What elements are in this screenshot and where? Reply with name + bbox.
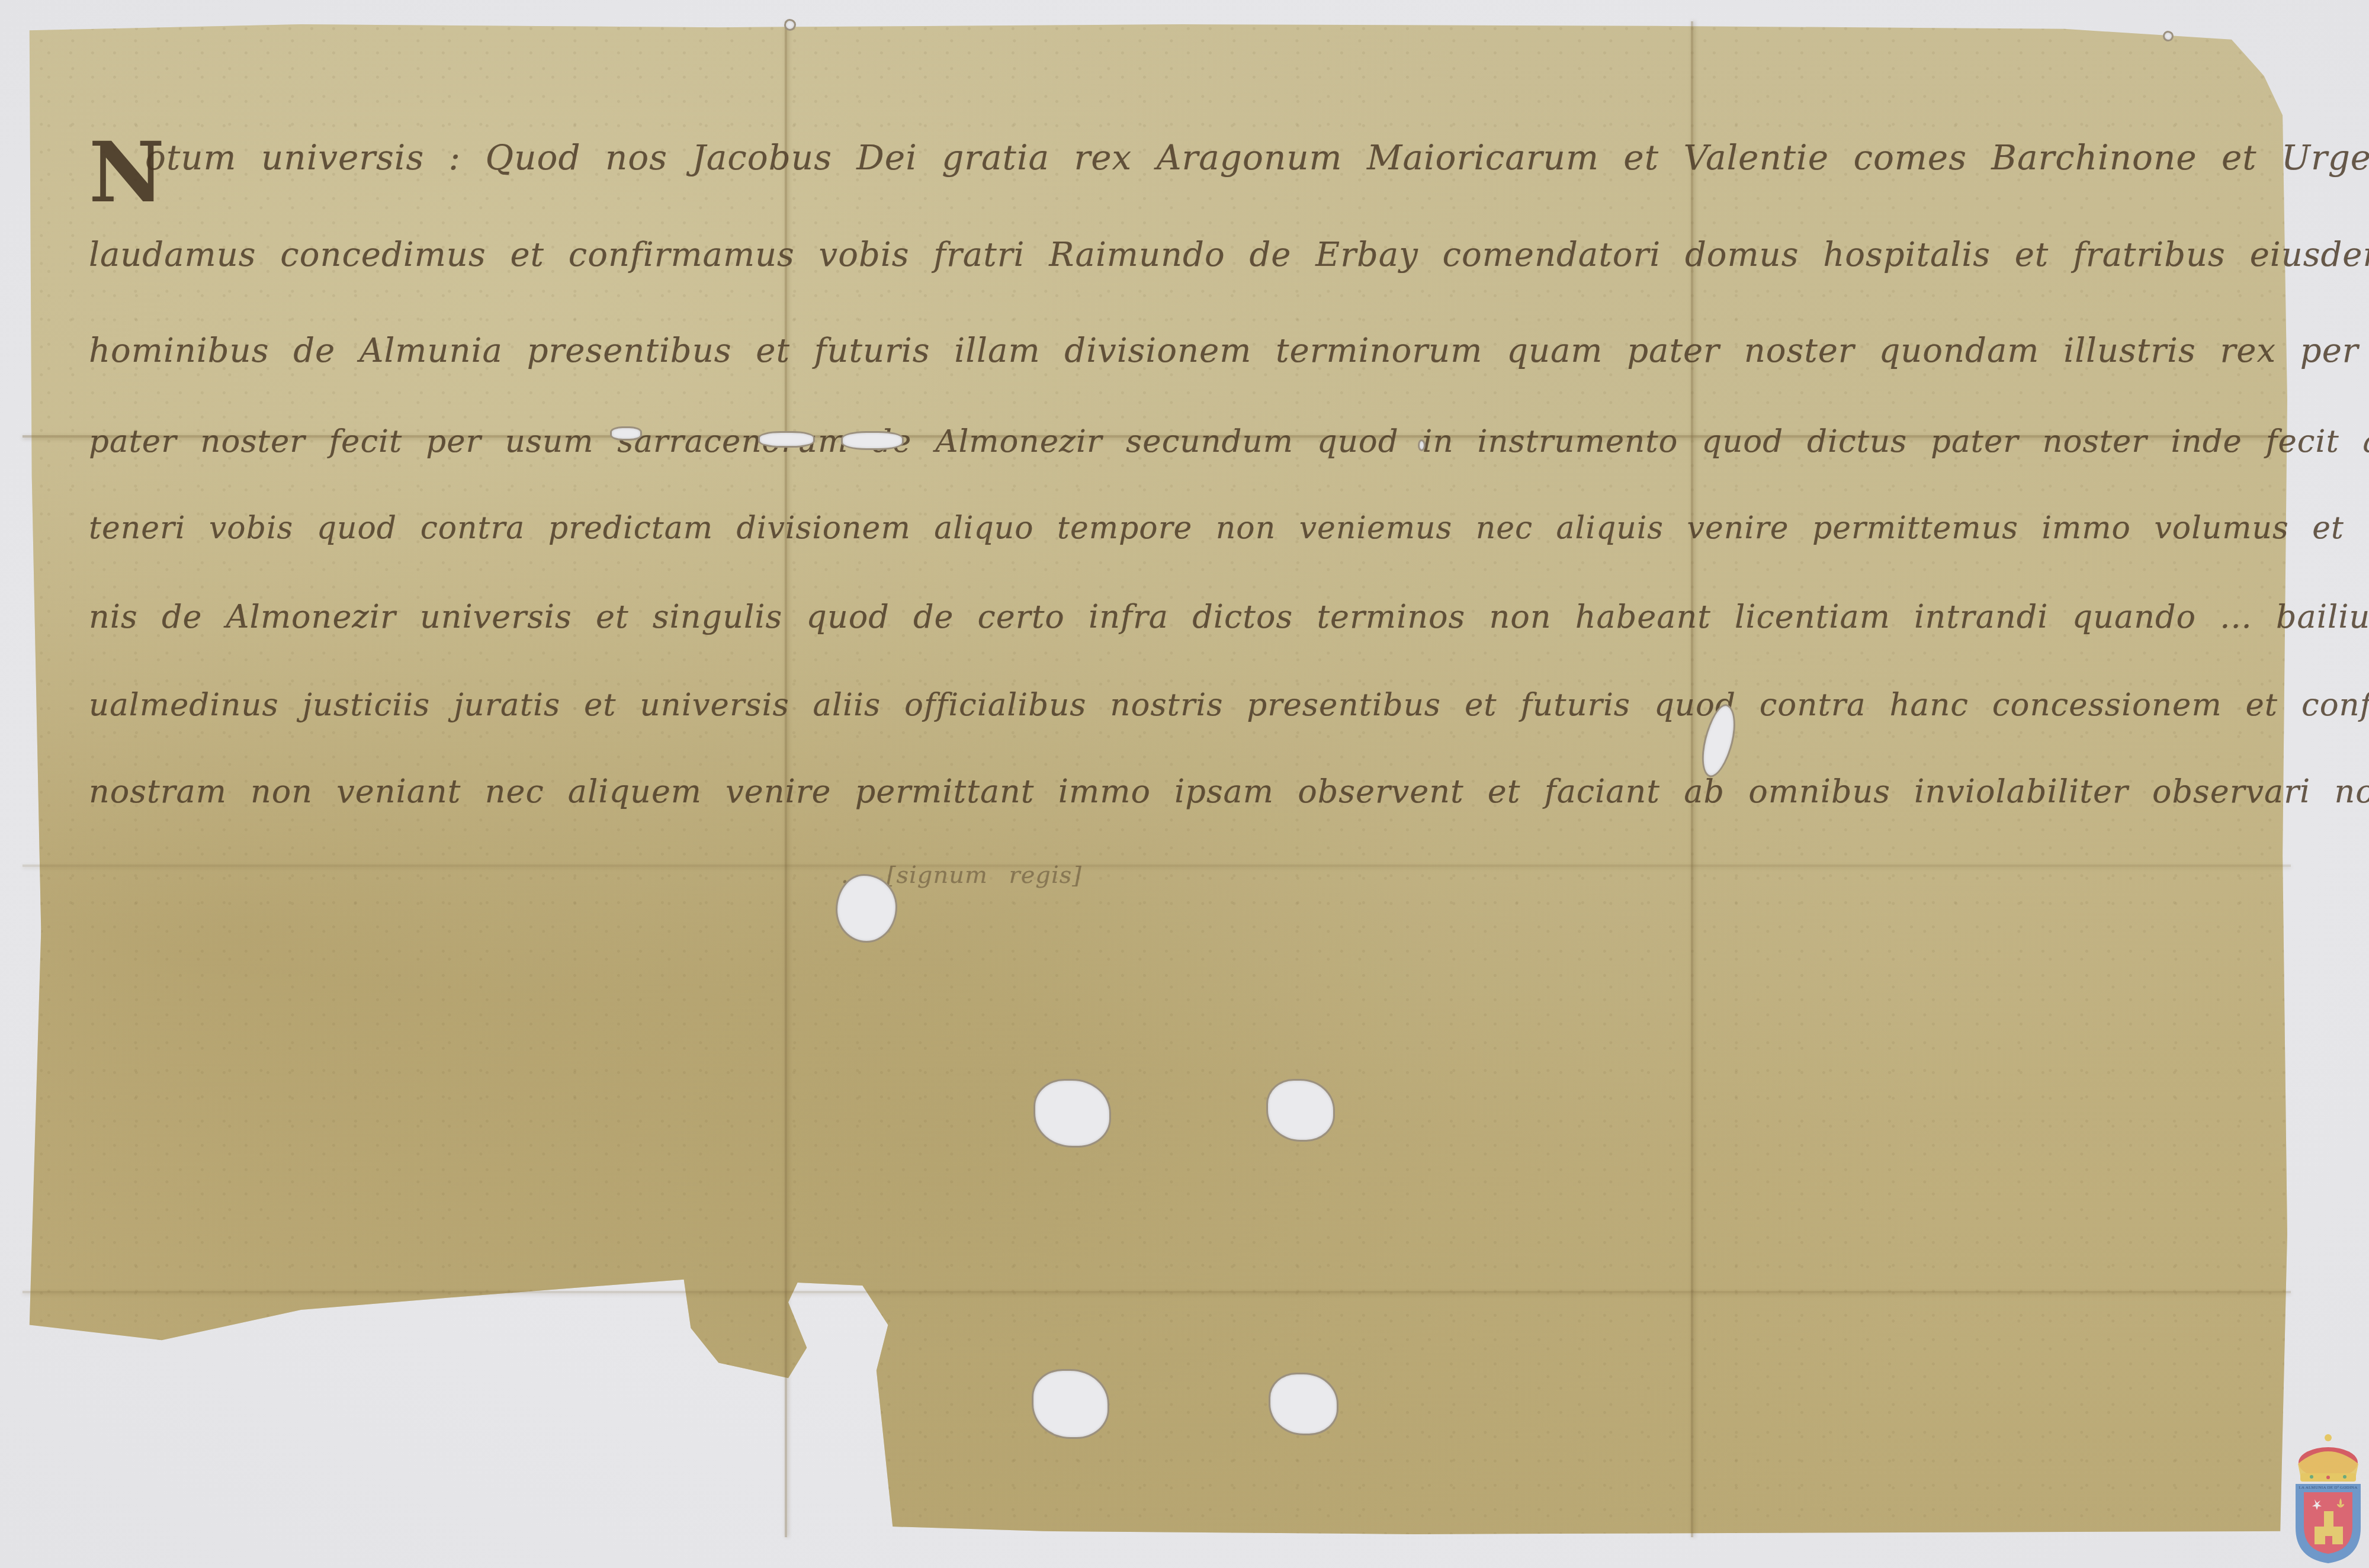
charter-line-8: nostram non veniant nec aliquem venire p… — [89, 773, 2369, 810]
charter-line-4: pater noster fecit per usum sarracenorum… — [89, 423, 2369, 460]
crest-icon — [2291, 1427, 2365, 1564]
municipal-coat-of-arms: LA ALMUNIA DE Dª GODINA — [2291, 1427, 2365, 1564]
horizontal-fold-line — [23, 1291, 2291, 1293]
seal-cord-hole — [1269, 1373, 1338, 1435]
charter-line-3: hominibus de Almunia presentibus et futu… — [89, 332, 2369, 370]
seal-cord-hole — [1033, 1079, 1111, 1148]
pinhole — [2163, 31, 2174, 41]
parchment-hole — [836, 874, 897, 943]
charter-line-2: laudamus concedimus et confirmamus vobis… — [89, 236, 2369, 274]
pinhole — [1418, 439, 1426, 451]
scan-background: N otum universis : Quod nos Jacobus Dei … — [0, 0, 2369, 1568]
charter-line-5: teneri vobis quod contra predictam divis… — [89, 510, 2369, 546]
pinhole — [784, 19, 796, 31]
fold-tear — [758, 431, 815, 448]
charter-line-7: ualmedinus justiciis juratis et universi… — [89, 687, 2369, 723]
seal-cord-hole — [1032, 1369, 1109, 1439]
fold-tear — [841, 431, 904, 450]
horizontal-fold-line — [23, 865, 2291, 867]
crest-title: LA ALMUNIA DE Dª GODINA — [2291, 1485, 2365, 1490]
charter-line-1: otum universis : Quod nos Jacobus Dei gr… — [145, 137, 2369, 178]
seal-cord-hole — [1266, 1079, 1335, 1142]
fold-tear — [610, 426, 642, 441]
charter-line-6: nis de Almonezir universis et singulis q… — [89, 598, 2369, 635]
